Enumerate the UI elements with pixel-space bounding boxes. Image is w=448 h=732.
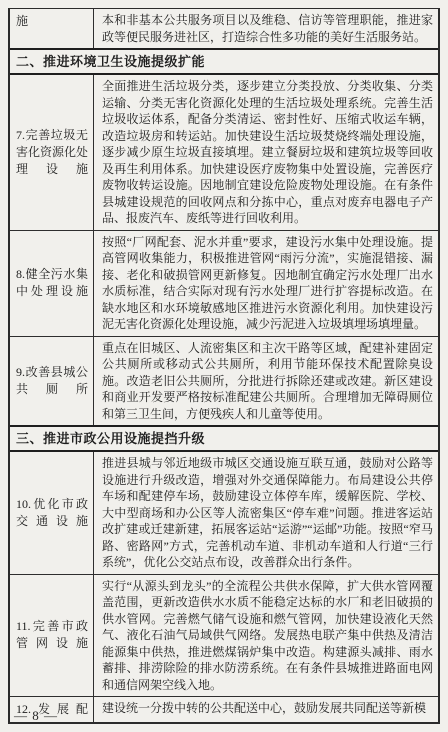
policy-table: 施 本和非基本公共服务项目以及维稳、信访等管理职能，推进家政等便民服务进社区，打… [8, 8, 440, 724]
table-row: 9.改善县城公共厕所 重点在旧城区、人流密集区和主次干路等区域，配建补建固定公共… [10, 337, 438, 427]
row-title-cell: 11.完善市政管网设施 [10, 575, 94, 697]
row-title-cell: 10.优化市政交通设施 [10, 452, 94, 574]
row-title: 8.健全污水集中处理设施 [16, 266, 88, 300]
row-title-cell: 施 [10, 9, 94, 48]
document-page: 施 本和非基本公共服务项目以及维稳、信访等管理职能，推进家政等便民服务进社区，打… [0, 0, 448, 732]
section-title: 三、推进市政公用设施提挡升级 [10, 427, 438, 450]
row-title-cell: 9.改善县城公共厕所 [10, 337, 94, 426]
section-title: 二、推进环境卫生设施提级扩能 [10, 50, 438, 73]
row-content: 推进县城与邻近地级市城区交通设施互联互通，鼓励对公路等设施进行升级改造，增强对外… [94, 452, 438, 574]
row-content: 按照“厂网配套、泥水并重”要求，建设污水集中处理设施。提高管网收集能力，积极推进… [94, 231, 438, 336]
row-content: 建设统一分拨中转的公共配送中心，鼓励发展共同配送等新模 [94, 697, 438, 722]
table-row: 12.发展配 建设统一分拨中转的公共配送中心，鼓励发展共同配送等新模 [10, 697, 438, 722]
row-title-cell: 7.完善垃圾无害化资源化处理设施 [10, 75, 94, 230]
table-row: 10.优化市政交通设施 推进县城与邻近地级市城区交通设施互联互通，鼓励对公路等设… [10, 452, 438, 575]
table-row: 施 本和非基本公共服务项目以及维稳、信访等管理职能，推进家政等便民服务进社区，打… [10, 9, 438, 49]
row-title: 7.完善垃圾无害化资源化处理设施 [16, 127, 88, 178]
row-title: 11.完善市政管网设施 [16, 618, 88, 652]
row-content: 重点在旧城区、人流密集区和主次干路等区域，配建补建固定公共厕所或移动式公共厕所，… [94, 337, 438, 426]
row-title: 9.改善县城公共厕所 [16, 364, 88, 398]
row-content: 本和非基本公共服务项目以及维稳、信访等管理职能，推进家政等便民服务进社区，打造综… [94, 9, 438, 48]
page-number: — 8 — [14, 708, 58, 724]
row-content: 全面推进生活垃圾分类，逐步建立分类投放、分类收集、分类运输、分类无害化资源化处理… [94, 75, 438, 230]
table-row: 11.完善市政管网设施 实行“从源头到龙头”的全流程公共供水保障，扩大供水管网覆… [10, 575, 438, 698]
row-title: 10.优化市政交通设施 [16, 496, 88, 530]
row-title-cell: 8.健全污水集中处理设施 [10, 231, 94, 336]
table-row: 7.完善垃圾无害化资源化处理设施 全面推进生活垃圾分类，逐步建立分类投放、分类收… [10, 75, 438, 231]
table-row: 8.健全污水集中处理设施 按照“厂网配套、泥水并重”要求，建设污水集中处理设施。… [10, 231, 438, 337]
section-header-row: 三、推进市政公用设施提挡升级 [10, 425, 438, 452]
row-content: 实行“从源头到龙头”的全流程公共供水保障，扩大供水管网覆盖范围，更新改造供水水质… [94, 575, 438, 697]
section-header-row: 二、推进环境卫生设施提级扩能 [10, 48, 438, 75]
row-title: 施 [16, 13, 88, 30]
